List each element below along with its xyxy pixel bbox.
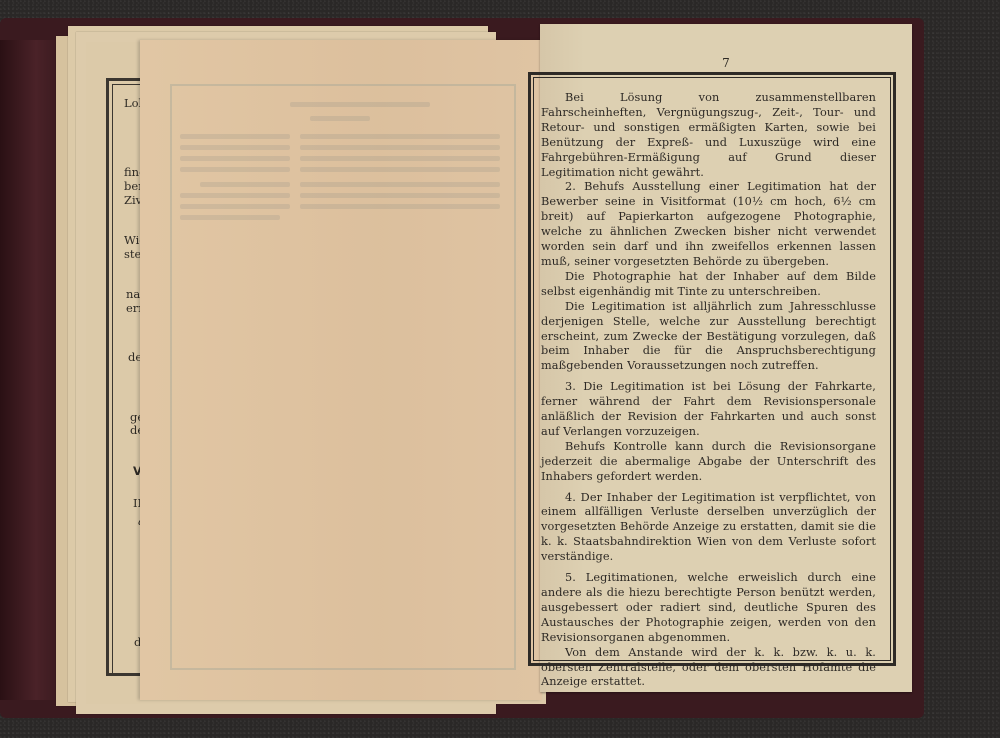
- paragraph: 4. Der Inhaber der Legitimation ist verp…: [541, 491, 876, 566]
- paragraph: 3. Die Legitimation ist bei Lösung der F…: [541, 380, 876, 440]
- faded-text-line: [180, 156, 290, 161]
- faded-text-line: [300, 167, 500, 172]
- faded-text-line: [300, 156, 500, 161]
- paragraph: Bei Lösung von zusammenstellbaren Fahrsc…: [541, 91, 876, 180]
- faded-text-line: [310, 116, 370, 121]
- paragraph: Behufs Kontrolle kann durch die Revision…: [541, 440, 876, 485]
- faded-text-line: [300, 204, 500, 209]
- paragraph: 5. Legitimationen, welche erweislich dur…: [541, 571, 876, 646]
- faded-text-line: [180, 167, 290, 172]
- right-page-border: Bei Lösung von zusammenstellbaren Fahrsc…: [528, 72, 896, 666]
- book-cover-edge: [0, 40, 60, 700]
- faded-text-line: [180, 145, 290, 150]
- faded-text-line: [300, 134, 500, 139]
- faded-text-line: [290, 102, 430, 107]
- paragraph: Die Legitimation ist alljährlich zum Jah…: [541, 300, 876, 375]
- paragraph: 2. Behufs Ausstellung einer Legitimation…: [541, 180, 876, 269]
- faded-text-line: [200, 182, 290, 187]
- faded-text-line: [180, 204, 290, 209]
- paragraph: Von dem Anstande wird der k. k. bzw. k. …: [541, 646, 876, 691]
- faded-text-line: [300, 193, 500, 198]
- faded-text-line: [180, 215, 280, 220]
- loose-sheet-overlay: [140, 40, 542, 700]
- faded-text-line: [300, 145, 500, 150]
- faded-text-line: [180, 134, 290, 139]
- faded-text-line: [300, 182, 500, 187]
- right-page: 7 Bei Lösung von zusammenstellbaren Fahr…: [540, 24, 912, 692]
- page-number: 7: [540, 56, 912, 70]
- faded-text-line: [180, 193, 290, 198]
- paragraph: Die Photographie hat der Inhaber auf dem…: [541, 270, 876, 300]
- right-page-body: Bei Lösung von zusammenstellbaren Fahrsc…: [541, 91, 876, 690]
